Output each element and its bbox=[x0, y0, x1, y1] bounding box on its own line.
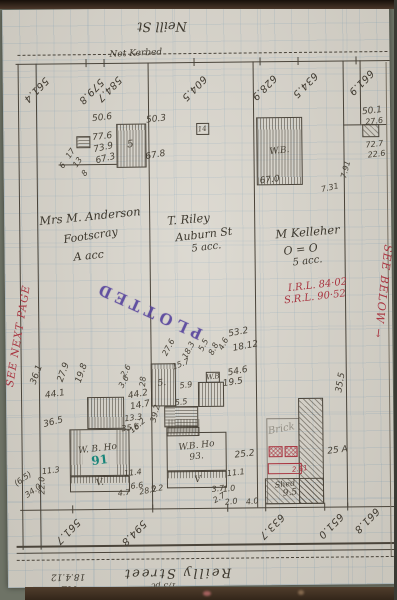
bldg-label: V bbox=[194, 475, 202, 486]
scanned-field-book-photo: Neill St Not Kerbed Reilly Street 1/3 pc… bbox=[0, 0, 397, 600]
tick bbox=[347, 502, 348, 510]
meas-label: 5.5 bbox=[174, 397, 188, 407]
bldg-label: 93. bbox=[189, 451, 204, 463]
top-street-line bbox=[16, 60, 390, 65]
meas-label: 19.8 bbox=[74, 362, 90, 384]
stain-spot bbox=[298, 590, 304, 595]
tick bbox=[104, 59, 105, 67]
meas-label: 3.7 bbox=[211, 484, 225, 494]
bottom-street-name: Reilly Street bbox=[123, 565, 232, 581]
red-hatch-box-1 bbox=[269, 446, 283, 457]
annotation-layer: Neill St Not Kerbed Reilly Street 1/3 pc… bbox=[2, 6, 395, 588]
meas-label: 6 bbox=[58, 161, 68, 171]
meas-label: 22.0 bbox=[37, 477, 46, 495]
chain-label: 633.7 bbox=[257, 511, 287, 541]
parcel-3-owner: M Kelleher bbox=[275, 222, 340, 241]
binding-edge-bottom bbox=[25, 587, 397, 600]
meas-label: 7.31 bbox=[320, 181, 339, 194]
bldg-label: 5 bbox=[127, 139, 135, 151]
chain-label: 561.7 bbox=[53, 516, 83, 546]
meas-label: 7.91 bbox=[339, 160, 352, 179]
meas-label: 11.4 bbox=[123, 467, 142, 478]
parcel-2-owner: T. Riley bbox=[167, 210, 211, 227]
tick bbox=[72, 505, 73, 513]
meas-label: 11.1 bbox=[226, 467, 245, 478]
bldg-label: 9.5 bbox=[282, 487, 297, 499]
meas-label: 25.2 bbox=[234, 448, 255, 460]
meas-label: 8 bbox=[80, 168, 90, 178]
meas-label: 3.6 bbox=[117, 374, 131, 390]
tick bbox=[86, 59, 87, 67]
meas-label: 28 bbox=[138, 376, 148, 387]
meas-label: 4.0 bbox=[245, 496, 259, 506]
meas-label: 44.1 bbox=[44, 388, 65, 401]
stain-spot bbox=[203, 591, 211, 596]
bldg-label: 14 bbox=[197, 124, 207, 133]
meas-label: 27.6 bbox=[160, 337, 176, 357]
field-book-page: Neill St Not Kerbed Reilly Street 1/3 pc… bbox=[2, 6, 395, 588]
lot-boundary-5 bbox=[360, 60, 362, 124]
tick bbox=[297, 57, 298, 65]
meas-label: 25 A bbox=[327, 444, 348, 456]
parcel-1-line3: A acc bbox=[73, 248, 104, 264]
bottom-street-line bbox=[20, 506, 394, 511]
meas-label: 18.3 bbox=[180, 340, 196, 360]
meas-label: 28.2 bbox=[138, 484, 157, 496]
kerb-dashed-line bbox=[17, 51, 387, 56]
bottom-double-line-1 bbox=[17, 542, 395, 548]
kerb-note: Not Kerbed bbox=[109, 47, 162, 59]
top-street-name: Neill St bbox=[137, 18, 187, 34]
survey-date: 18.4.12 bbox=[51, 571, 85, 581]
chain-label: 594.8 bbox=[119, 518, 149, 548]
meas-label: 14.7 bbox=[129, 399, 151, 413]
meas-label: 27.9 bbox=[56, 361, 72, 383]
chain-label: 604.5 bbox=[179, 73, 209, 103]
meas-label: 5.9 bbox=[179, 380, 193, 390]
house-93-fringe bbox=[168, 419, 199, 432]
meas-label: 36.5 bbox=[42, 415, 64, 430]
bldg-label: V. bbox=[95, 478, 104, 489]
chain-label: 661.8 bbox=[352, 505, 382, 535]
meas-label: 15.7 bbox=[171, 357, 191, 372]
meas-label: 36.1 bbox=[29, 364, 45, 386]
parcel-1-owner: Mrs M. Anderson bbox=[39, 204, 141, 228]
meas-label: 4.7 bbox=[117, 488, 131, 498]
bldg-label: W.B bbox=[206, 372, 220, 381]
bottom-double-line-2 bbox=[17, 549, 395, 554]
bldg-label: 5. bbox=[157, 378, 167, 389]
meas-label: 2.0 bbox=[224, 496, 238, 506]
meas-label: 19.5 bbox=[222, 376, 243, 389]
bottom-dashed-line bbox=[17, 556, 395, 561]
parcel-3-line3: 5 acc. bbox=[292, 254, 323, 268]
tick bbox=[355, 56, 356, 64]
meas-label: 67.8 bbox=[145, 149, 167, 163]
red-hatch-box-2 bbox=[285, 446, 298, 457]
meas-label: 53.2 bbox=[228, 326, 250, 340]
tick bbox=[265, 503, 266, 511]
tick bbox=[152, 504, 153, 512]
building-mid-right bbox=[198, 382, 224, 407]
lot-boundary-2 bbox=[148, 63, 154, 509]
see-below-note: SEE BELOW → bbox=[370, 236, 395, 347]
meas-label: 11.3 bbox=[41, 465, 60, 476]
see-next-page-note: SEE NEXT PAGE bbox=[3, 281, 33, 391]
meas-label: 50.3 bbox=[146, 113, 167, 125]
meas-label: 4.6 bbox=[217, 336, 231, 351]
parcel-1-line2: Footscray bbox=[63, 225, 119, 246]
tick bbox=[259, 57, 260, 65]
plotted-stamp: PLOTTED bbox=[91, 277, 205, 343]
meas-label: 22.6 bbox=[367, 149, 386, 160]
meas-label: 50.6 bbox=[92, 112, 113, 124]
house-91-rear bbox=[87, 397, 124, 429]
chain-label: 634.5 bbox=[290, 70, 320, 100]
small-outbuilding bbox=[76, 136, 90, 148]
chain-label: 651.0 bbox=[316, 511, 346, 541]
parcel-2-line3: 5 acc. bbox=[191, 240, 222, 254]
bldg-label: 91 bbox=[91, 452, 109, 468]
tick bbox=[324, 503, 325, 511]
binding-edge-top bbox=[0, 0, 397, 9]
tick bbox=[193, 58, 194, 66]
